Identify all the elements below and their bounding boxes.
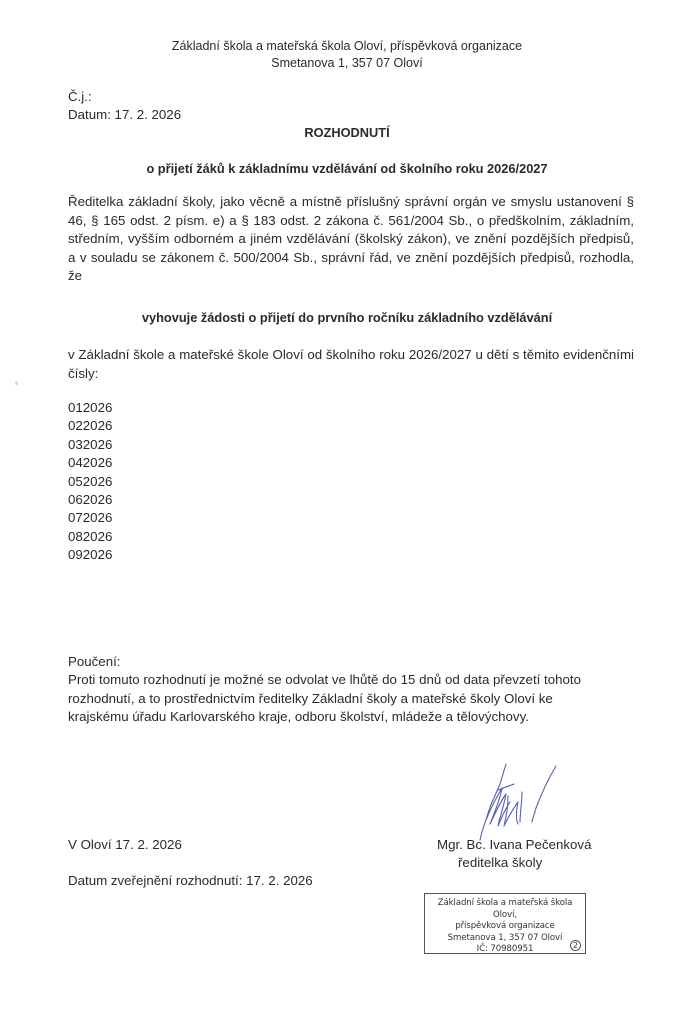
registration-number: 032026 [68, 436, 112, 454]
registration-number: 092026 [68, 546, 112, 564]
document-subtitle: o přijetí žáků k základnímu vzdělávání o… [0, 160, 694, 179]
decision-heading: vyhovuje žádosti o přijetí do prvního ro… [0, 309, 694, 328]
decision-paragraph: v Základní škole a mateřské škole Oloví … [68, 346, 634, 383]
signatory-name: Mgr. Bc. Ivana Pečenková [437, 836, 591, 855]
registration-number: 022026 [68, 417, 112, 435]
stamp-number-mark: 2 [570, 940, 581, 951]
registration-number-list: 012026 022026 032026 042026 052026 06202… [68, 399, 112, 565]
place-and-date: V Oloví 17. 2. 2026 [68, 836, 182, 855]
registration-number: 052026 [68, 473, 112, 491]
registration-number: 072026 [68, 509, 112, 527]
registration-number: 082026 [68, 528, 112, 546]
organization-name: Základní škola a mateřská škola Oloví, p… [0, 38, 694, 55]
registration-number: 012026 [68, 399, 112, 417]
publication-date: Datum zveřejnění rozhodnutí: 17. 2. 2026 [68, 872, 313, 891]
stamp-line: Základní škola a mateřská škola Oloví, [425, 898, 585, 921]
instruction-text: Proti tomuto rozhodnutí je možné se odvo… [68, 671, 608, 727]
reference-number-label: Č.j.: [68, 88, 92, 107]
registration-number: 062026 [68, 491, 112, 509]
stamp-line: Smetanova 1, 357 07 Oloví [425, 933, 585, 945]
stamp-line: IČ: 70980951 [425, 944, 585, 956]
document-header: Základní škola a mateřská škola Oloví, p… [0, 38, 694, 72]
instruction-heading: Poučení: [68, 653, 121, 672]
document-title: ROZHODNUTÍ [0, 124, 694, 143]
organization-address: Smetanova 1, 357 07 Oloví [0, 55, 694, 72]
stamp-line: příspěvková organizace [425, 921, 585, 933]
intro-paragraph: Ředitelka základní školy, jako věcně a m… [68, 193, 634, 286]
signature-icon [478, 762, 568, 844]
document-date: Datum: 17. 2. 2026 [68, 106, 181, 125]
registration-number: 042026 [68, 454, 112, 472]
official-stamp: Základní škola a mateřská škola Oloví, p… [424, 893, 586, 954]
scan-speck [15, 381, 18, 385]
signatory-role: ředitelka školy [458, 854, 542, 873]
